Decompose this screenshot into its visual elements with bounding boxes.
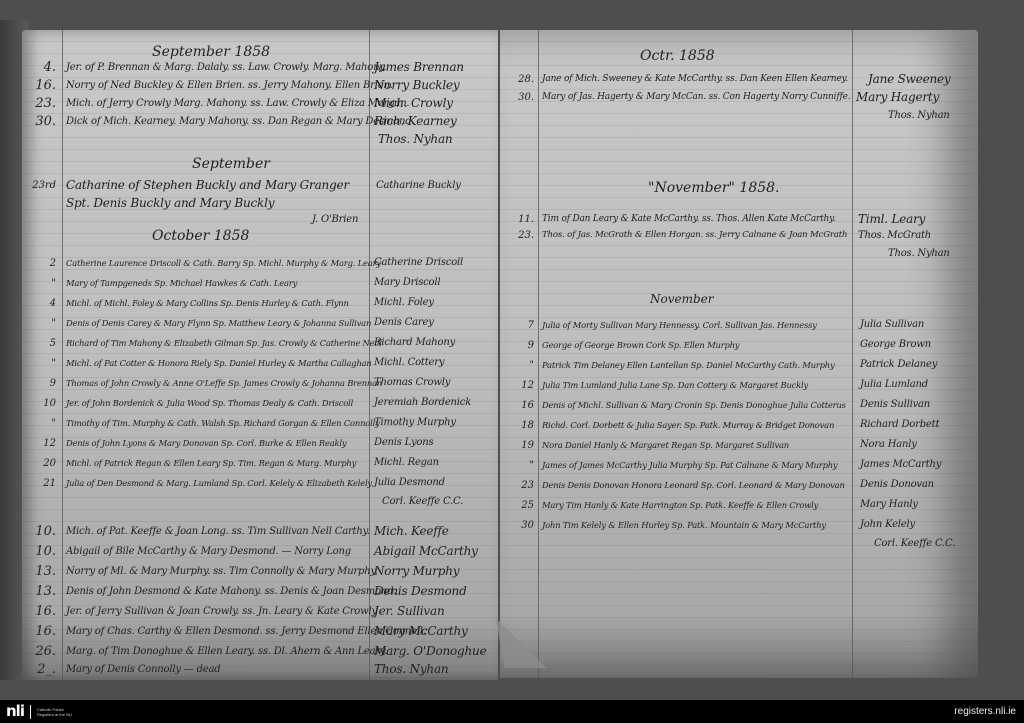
nli-logo-mark: nli [6, 704, 24, 719]
entry-text: Denis Denis Donovan Honora Leonard Sp. C… [542, 480, 845, 490]
entry-name: Mary Hanly [860, 499, 918, 510]
entry-text: Richard of Tim Mahony & Elizabeth Gilman… [66, 338, 382, 348]
entry-day: 30. [504, 92, 534, 103]
entry-name: James McCarthy [860, 459, 941, 470]
entry-text: Timothy of Tim. Murphy & Cath. Walsh Sp.… [66, 418, 380, 428]
entry-text: Mich. of Pat. Keeffe & Joan Long. ss. Ti… [66, 526, 370, 537]
entry-name: Catherine Driscoll [374, 257, 463, 268]
entry-day: " [504, 460, 534, 471]
entry-name: Jane Sweeney [868, 72, 951, 86]
entry-text: Mary Tim Hanly & Kate Harrington Sp. Pat… [542, 500, 818, 510]
entry-day: 16 [504, 400, 534, 411]
entry-text: Catharine of Stephen Buckly and Mary Gra… [66, 178, 349, 192]
entry-text: Marg. of Tim Donoghue & Ellen Leary. ss.… [66, 646, 387, 657]
entry-text: Mich. of Jerry Crowly Marg. Mahony. ss. … [66, 98, 409, 109]
section-heading: Octr. 1858 [640, 48, 715, 64]
entry-name: Richard Dorbett [860, 419, 939, 430]
entry-name: Norry Murphy [374, 564, 459, 578]
section-heading: October 1858 [152, 228, 249, 244]
entry-name: James Brennan [374, 60, 464, 74]
nli-logo[interactable]: nli Catholic Parish Registers at the NLI [6, 704, 77, 719]
entry-name: Denis Donovan [860, 479, 934, 490]
entry-name: Patrick Delaney [860, 359, 937, 370]
entry-day: " [26, 278, 56, 289]
register-page-right: Octr. 1858 28. Jane of Mich. Sweeney & K… [500, 30, 978, 678]
entry-day: 11. [504, 214, 534, 225]
entry-name: Richard Mahony [374, 337, 455, 348]
entry-text: Michl. of Michl. Foley & Mary Collins Sp… [66, 298, 349, 308]
entry-text: Thomas of John Crowly & Anne O'Leffe Sp.… [66, 378, 382, 388]
entry-day: 5 [26, 338, 56, 349]
register-page-left: September 1858 4. Jer. of P. Brennan & M… [22, 30, 498, 680]
entry-name: Abigail McCarthy [374, 544, 478, 558]
entry-text: George of George Brown Cork Sp. Ellen Mu… [542, 340, 739, 350]
margin-rule [538, 30, 539, 678]
priest-signature: Thos. Nyhan [888, 110, 950, 121]
entry-text: Dick of Mich. Kearney. Mary Mahony. ss. … [66, 116, 414, 127]
site-url-link[interactable]: registers.nli.ie [954, 706, 1016, 717]
entry-name: Denis Sullivan [860, 399, 930, 410]
entry-name: Michl. Regan [374, 457, 439, 468]
entry-name: Mary Hagerty [856, 90, 939, 104]
entry-name: Marg. O'Donoghue [374, 644, 486, 658]
entry-text: James of James McCarthy Julia Murphy Sp.… [542, 460, 837, 470]
entry-day: 7 [504, 320, 534, 331]
margin-rule [62, 30, 63, 680]
entry-name: Michl. Foley [374, 297, 434, 308]
section-heading: September 1858 [152, 44, 270, 60]
entry-day: 9 [504, 340, 534, 351]
viewer-footer: nli Catholic Parish Registers at the NLI… [0, 700, 1024, 723]
entry-name: John Kelely [860, 519, 915, 530]
entry-text: Mary of Denis Connolly — dead [66, 664, 220, 675]
entry-day: 19 [504, 440, 534, 451]
entry-text: Michl. of Pat Cotter & Honora Riely Sp. … [66, 358, 372, 368]
entry-name: Julia Desmond [374, 477, 445, 488]
entry-day: 28. [504, 74, 534, 85]
entry-name: Michl. Cottery [374, 357, 444, 368]
entry-day: 10. [26, 524, 56, 539]
entry-text: Mary of Chas. Carthy & Ellen Desmond. ss… [66, 626, 426, 637]
entry-text: Jer. of P. Brennan & Marg. Dalaly. ss. L… [66, 62, 386, 73]
entry-day: " [504, 360, 534, 371]
entry-day: 20 [26, 458, 56, 469]
entry-name: Timl. Leary [858, 212, 925, 226]
entry-name: Denis Lyons [374, 437, 433, 448]
entry-name: Nora Hanly [860, 439, 917, 450]
entry-day: 13. [26, 564, 56, 579]
entry-name: Norry Buckley [374, 78, 459, 92]
entry-text: Catherine Laurence Driscoll & Cath. Barr… [66, 258, 381, 268]
entry-day: 16. [26, 604, 56, 619]
entry-day: " [26, 318, 56, 329]
section-heading: "November" 1858. [648, 180, 780, 196]
entry-day: 18 [504, 420, 534, 431]
entry-text: Jane of Mich. Sweeney & Kate McCarthy. s… [542, 74, 848, 84]
entry-name: Jer. Sullivan [374, 604, 444, 618]
entry-name: Mary McCarthy [374, 624, 468, 638]
entry-day: 23. [504, 230, 534, 241]
entry-name: Mary Driscoll [374, 277, 440, 288]
logo-divider [30, 705, 31, 719]
entry-text: Jer. of John Bordenick & Julia Wood Sp. … [66, 398, 353, 408]
priest-signature: Corl. Keeffe C.C. [382, 496, 463, 507]
entry-text: Spt. Denis Buckly and Mary Buckly [66, 196, 274, 210]
priest-signature: Thos. Nyhan [378, 132, 452, 146]
entry-day: 2_. [26, 662, 56, 677]
entry-day: 12 [504, 380, 534, 391]
entry-day: " [26, 358, 56, 369]
entry-day: 21 [26, 478, 56, 489]
entry-name: Jeremiah Bordenick [374, 397, 471, 408]
section-heading: September [192, 156, 270, 172]
page-corner-fold [496, 618, 547, 668]
entry-text: Thos. of Jas. McGrath & Ellen Horgan. ss… [542, 230, 847, 240]
entry-day: 25 [504, 500, 534, 511]
priest-signature: J. O'Brien [312, 214, 358, 225]
section-heading: November [650, 292, 714, 306]
entry-day: 13. [26, 584, 56, 599]
entry-text: Denis of John Desmond & Kate Mahony. ss.… [66, 586, 396, 597]
entry-name: Julia Sullivan [860, 319, 924, 330]
entry-name: Denis Desmond [374, 584, 467, 598]
entry-name: Mich. Keeffe [374, 524, 449, 538]
entry-name: Thos. McGrath [858, 230, 931, 241]
entry-text: Julia Tim Lumland Julia Lane Sp. Dan Cot… [542, 380, 808, 390]
entry-name: Rich. Kearney [374, 114, 457, 128]
entry-text: Michl. of Patrick Regan & Ellen Leary Sp… [66, 458, 356, 468]
entry-text: Jer. of Jerry Sullivan & Joan Crowly. ss… [66, 606, 377, 617]
entry-day: " [26, 418, 56, 429]
entry-name: Thomas Crowly [374, 377, 450, 388]
entry-day: 16. [26, 78, 56, 93]
entry-text: Abigail of Bile McCarthy & Mary Desmond.… [66, 546, 351, 557]
entry-day: 4 [26, 298, 56, 309]
entry-name: Catharine Buckly [376, 180, 461, 191]
entry-text: Denis of John Lyons & Mary Donovan Sp. C… [66, 438, 346, 448]
column-rule [369, 30, 370, 680]
entry-text: Nora Daniel Hanly & Margaret Regan Sp. M… [542, 440, 789, 450]
entry-name: Julia Lumland [860, 379, 928, 390]
entry-day: 30 [504, 520, 534, 531]
entry-text: Norry of Ned Buckley & Ellen Brien. ss. … [66, 80, 393, 91]
entry-text: Tim of Dan Leary & Kate McCarthy. ss. Th… [542, 214, 835, 224]
entry-day: 10 [26, 398, 56, 409]
nli-logo-text: Catholic Parish Registers at the NLI [37, 707, 77, 717]
entry-day: 16. [26, 624, 56, 639]
entry-day: 30. [26, 114, 56, 129]
entry-day: 4. [26, 60, 56, 75]
entry-name: George Brown [860, 339, 931, 350]
entry-text: Denis of Michl. Sullivan & Mary Cronin S… [542, 400, 846, 410]
entry-day: 23 [504, 480, 534, 491]
entry-text: Mary of Tampgeneds Sp. Michael Hawkes & … [66, 278, 297, 288]
entry-text: Julia of Den Desmond & Marg. Lumland Sp.… [66, 478, 372, 488]
entry-name: Thos. Nyhan [374, 662, 448, 676]
entry-name: Mich. Crowly [374, 96, 453, 110]
entry-day: 23. [26, 96, 56, 111]
column-rule [852, 30, 853, 678]
entry-name: Denis Carey [374, 317, 434, 328]
entry-name: Timothy Murphy [374, 417, 456, 428]
entry-day: 12 [26, 438, 56, 449]
entry-day: 9 [26, 378, 56, 389]
document-viewer[interactable]: September 1858 4. Jer. of P. Brennan & M… [0, 0, 1024, 700]
entry-day: 2 [26, 258, 56, 269]
entry-text: John Tim Kelely & Ellen Hurley Sp. Patk.… [542, 520, 826, 530]
priest-signature: Corl. Keeffe C.C. [874, 538, 955, 549]
entry-day: 23rd [26, 180, 56, 191]
entry-day: 10. [26, 544, 56, 559]
priest-signature: Thos. Nyhan [888, 248, 950, 259]
entry-text: Patrick Tim Delaney Ellen Lantellan Sp. … [542, 360, 835, 370]
entry-day: 26. [26, 644, 56, 659]
entry-text: Mary of Jas. Hagerty & Mary McCan. ss. C… [542, 92, 850, 102]
entry-text: Norry of Ml. & Mary Murphy. ss. Tim Conn… [66, 566, 378, 577]
entry-text: Julia of Morty Sullivan Mary Hennessy. C… [542, 320, 817, 330]
entry-text: Richd. Corl. Dorbett & Julia Sayer. Sp. … [542, 420, 834, 430]
entry-text: Denis of Denis Carey & Mary Flynn Sp. Ma… [66, 318, 371, 328]
